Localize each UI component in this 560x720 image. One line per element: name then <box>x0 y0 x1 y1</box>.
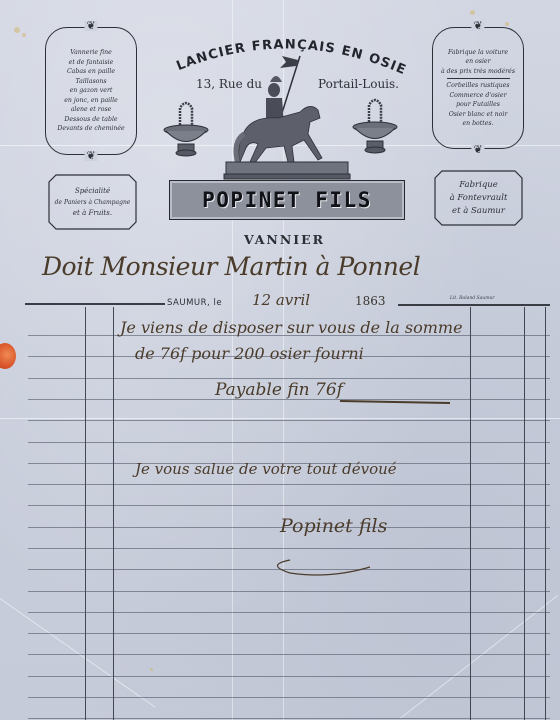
product-line: Cabas en paille <box>67 67 115 77</box>
ledger-column-line <box>524 307 525 720</box>
closing-line: Je vous salue de votre tout dévoué <box>135 460 397 478</box>
ruled-line <box>28 378 550 379</box>
body-line: Payable fin 76f <box>215 380 343 400</box>
ruled-line <box>28 484 550 485</box>
fold-crease <box>400 595 558 719</box>
ledger-column-line <box>545 307 546 720</box>
right-products-panel: ❦ Fabrique la voiture en osier à des pri… <box>432 27 524 149</box>
header-rule <box>398 304 550 306</box>
debtor-line: Doit Monsieur Martin à Ponnel <box>42 252 420 281</box>
specialty-line: de Paniers à Champagne <box>55 197 131 208</box>
fleuron-icon: ❦ <box>471 21 484 31</box>
product-line: en bottes. <box>462 119 493 129</box>
lancer-on-horseback-statue-icon <box>222 52 352 180</box>
product-line: en gazon vert <box>70 86 113 96</box>
product-line: pour Futailles <box>456 100 500 110</box>
product-line: Dessous de table <box>64 115 117 125</box>
specialty-box: Spécialité de Paniers à Champagne et à F… <box>48 174 137 230</box>
product-line: Vannerie fine <box>70 48 112 58</box>
ruled-line <box>28 654 550 655</box>
stain <box>505 22 509 26</box>
ruled-line <box>28 442 550 443</box>
fleuron-icon: ❦ <box>471 145 484 155</box>
ruled-line <box>28 612 550 613</box>
business-name-banner: POPINET FILS <box>169 180 405 220</box>
basket-icon <box>163 100 209 160</box>
factory-line: et à Saumur <box>452 205 505 218</box>
place-label: SAUMUR, le <box>167 298 222 308</box>
ledger-column-line <box>470 307 471 720</box>
trade-label: VANNIER <box>244 232 325 247</box>
flourish-line <box>340 400 450 403</box>
fold-crease <box>0 598 156 708</box>
ruled-line <box>28 633 550 634</box>
ruled-line <box>28 591 550 592</box>
wax-seal <box>0 343 16 369</box>
ledger-column-line <box>113 307 114 720</box>
ledger-column-line <box>85 307 86 720</box>
stain <box>150 668 153 671</box>
basket-icon <box>352 97 398 157</box>
product-line: Devants de cheminée <box>57 124 124 134</box>
ruled-line <box>28 697 550 698</box>
factory-box: Fabrique à Fontevrault et à Saumur <box>434 170 523 226</box>
ruled-line <box>28 420 550 421</box>
product-line: en jonc, en paille <box>64 96 118 106</box>
product-line: Taillasons <box>75 77 106 87</box>
specialty-line: et à Fruits. <box>73 208 112 219</box>
header-rule <box>25 303 165 305</box>
product-line: Commerce d'osier <box>449 91 506 101</box>
fleuron-icon: ❦ <box>84 21 97 31</box>
stain <box>14 27 20 33</box>
product-line: Osier blanc et noir <box>449 110 508 120</box>
ruled-line <box>28 548 550 549</box>
product-line: et de fantaisie <box>69 58 114 68</box>
left-products-panel: ❦ Vannerie fine et de fantaisie Cabas en… <box>45 27 137 155</box>
invoice-year: 1863 <box>355 294 386 308</box>
product-line: à des prix très modérés <box>441 67 515 77</box>
factory-line: à Fontevrault <box>450 192 508 205</box>
fleuron-icon: ❦ <box>84 151 97 161</box>
signature: Popinet fils <box>280 515 387 537</box>
product-line: alene et rose <box>71 105 112 115</box>
body-line: de 76f pour 200 osier fourni <box>135 344 364 363</box>
factory-line: Fabrique <box>459 179 498 192</box>
product-line: Fabrique la voiture <box>448 48 508 58</box>
stain <box>470 10 475 15</box>
signature-flourish <box>270 555 380 580</box>
body-line: Je viens de disposer sur vous de la somm… <box>120 318 463 337</box>
invoice-date: 12 avril <box>252 291 310 309</box>
ruled-line <box>28 505 550 506</box>
invoice-paper: AU LANCIER FRANÇAIS EN OSIER. 13, Rue du… <box>0 0 560 720</box>
specialty-line: Spécialité <box>75 186 110 197</box>
product-line: Corbeilles rustiques <box>446 81 509 91</box>
ruled-line <box>28 676 550 677</box>
stain <box>22 33 26 37</box>
business-name: POPINET FILS <box>202 188 372 212</box>
divider <box>447 78 510 79</box>
ruled-line <box>28 718 550 719</box>
printer-credit: Lit. Roland Saumur <box>450 296 495 301</box>
product-line: en osier <box>465 57 490 67</box>
fold-crease <box>0 418 560 419</box>
